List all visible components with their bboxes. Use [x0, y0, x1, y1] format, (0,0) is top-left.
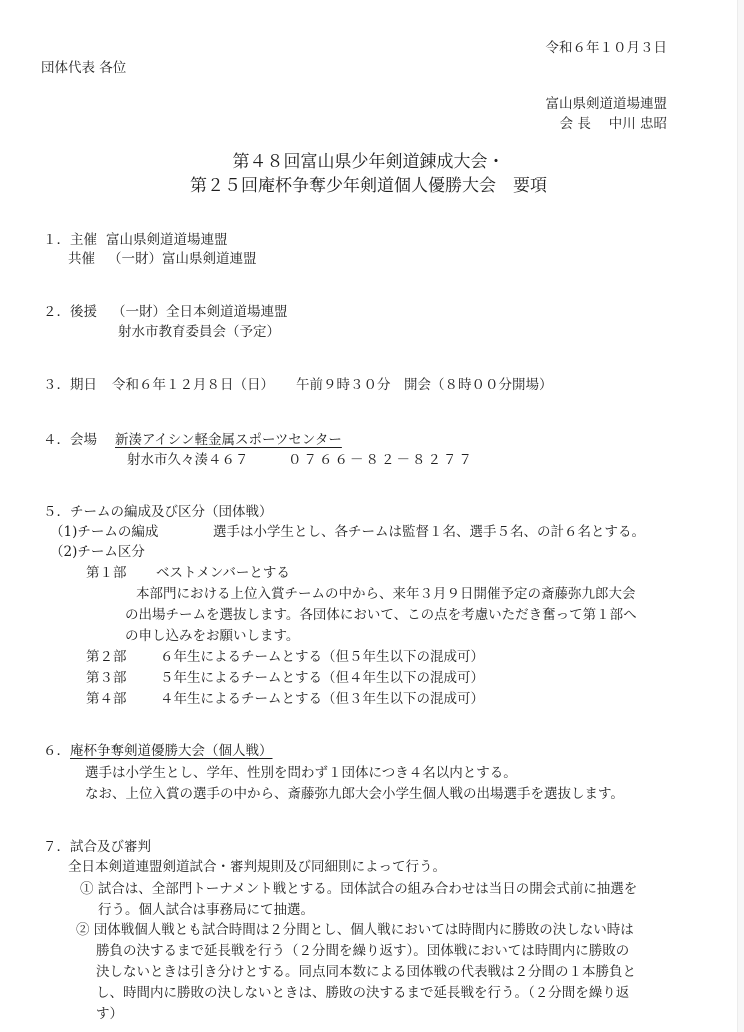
section-4-label: ４．会場: [43, 430, 97, 450]
rule-1-line-1: ① 試合は、全部門トーナメント戦とする。団体試合の組み合わせは当日の開会式前に抽…: [80, 879, 637, 899]
venue-address: 射水市久々湊４６７: [127, 450, 249, 470]
section-7-intro: 全日本剣道連盟剣道試合・審判規則及び同細則によって行う。: [68, 857, 446, 877]
division-1-note-line-1: 本部門における上位入賞チームの中から、来年３月９日開催予定の斎藤弥九郎大会: [136, 584, 636, 604]
division-2-name: 第２部: [86, 647, 127, 667]
title-line-1: 第４８回富山県少年剣道錬成大会・: [0, 150, 737, 174]
team-composition-text: 選手は小学生とし、各チームは監督１名、選手５名、の計６名とする。: [213, 522, 645, 542]
rule-2-line-2: 勝負の決するまで延長戦を行う（２分間を繰り返す）。団体戦においては時間内に勝敗の: [96, 941, 629, 961]
division-4-text: ４年生によるチームとする（但３年生以下の混成可）: [160, 689, 484, 709]
sender-organization: 富山県剣道道場連盟: [546, 94, 668, 114]
section-6-heading: 庵杯争奪剣道優勝大会（個人戦）: [70, 741, 273, 761]
rule-2-line-3: 決しないときは引き分けとする。同点同本数による団体戦の代表戦は２分間の１本勝負と: [96, 962, 636, 982]
venue-phone: ０７６６－８２－８２７７: [288, 450, 474, 470]
co-organizer-label: 共催: [68, 249, 95, 269]
rule-1-line-2: 行う。個人試合は事務局にて抽選。: [98, 900, 314, 920]
section-5-heading: ５．チームの編成及び区分（団体戦）: [43, 502, 273, 522]
division-1-note-line-2: の出場チームを選抜します。各団体において、この点を考慮いただき奮って第１部へ: [125, 605, 637, 625]
organizer-value: 富山県剣道道場連盟: [106, 230, 228, 250]
division-1-text: ベストメンバーとする: [156, 563, 290, 583]
rule-2-line-1: ② 団体戦個人戦とも試合時間は２分間とし、個人戦においては時間内に勝敗の決しない…: [76, 920, 634, 940]
sender-title: 会 長 中川 忠昭: [560, 114, 667, 134]
section-6-line-1: 選手は小学生とし、学年、性別を問わず１団体につき４名以内とする。: [85, 763, 517, 783]
co-organizer-value: （一財）富山県剣道連盟: [108, 249, 257, 269]
sponsor-1: （一財）全日本剣道道場連盟: [112, 302, 288, 322]
division-2-text: ６年生によるチームとする（但５年生以下の混成可）: [160, 647, 484, 667]
division-1-note-line-3: の申し込みをお願いします。: [125, 626, 299, 646]
division-3-text: ５年生によるチームとする（但４年生以下の混成可）: [160, 668, 484, 688]
document-page: 令和６年１０月３日 団体代表 各位 富山県剣道道場連盟 会 長 中川 忠昭 第４…: [0, 0, 737, 1032]
venue-name: 新湊アイシン軽金属スポーツセンター: [115, 430, 342, 450]
page-edge: [737, 0, 744, 1032]
section-1-label: １．主催: [43, 230, 97, 250]
section-6-number: ６．: [43, 741, 70, 761]
section-6-line-2: なお、上位入賞の選手の中から、斎藤弥九郎大会小学生個人戦の出場選手を選抜します。: [85, 784, 624, 804]
document-date: 令和６年１０月３日: [546, 38, 668, 58]
division-3-name: 第３部: [86, 668, 127, 688]
rule-2-line-5: す）: [96, 1004, 123, 1024]
section-2-label: ２．後援: [43, 302, 97, 322]
section-3-label: ３．期日: [43, 375, 97, 395]
division-1-name: 第１部: [86, 563, 127, 583]
addressee: 団体代表 各位: [41, 58, 126, 78]
event-date: 令和６年１２月８日（日）: [112, 375, 274, 395]
team-composition-label: （1)チームの編成: [50, 522, 158, 542]
section-7-heading: ７．試合及び審判: [43, 837, 151, 857]
event-time: 午前９時３０分 開会（８時００分開場）: [296, 375, 553, 395]
title-line-2: 第２５回庵杯争奪少年剣道個人優勝大会 要項: [0, 174, 737, 198]
sponsor-2: 射水市教育委員会（予定）: [118, 322, 280, 342]
division-4-name: 第４部: [86, 689, 127, 709]
team-division-label: （2)チーム区分: [50, 542, 145, 562]
rule-2-line-4: し、時間内に勝敗の決しないときは、勝敗の決するまで延長戦を行う。（２分間を繰り返: [96, 983, 629, 1003]
